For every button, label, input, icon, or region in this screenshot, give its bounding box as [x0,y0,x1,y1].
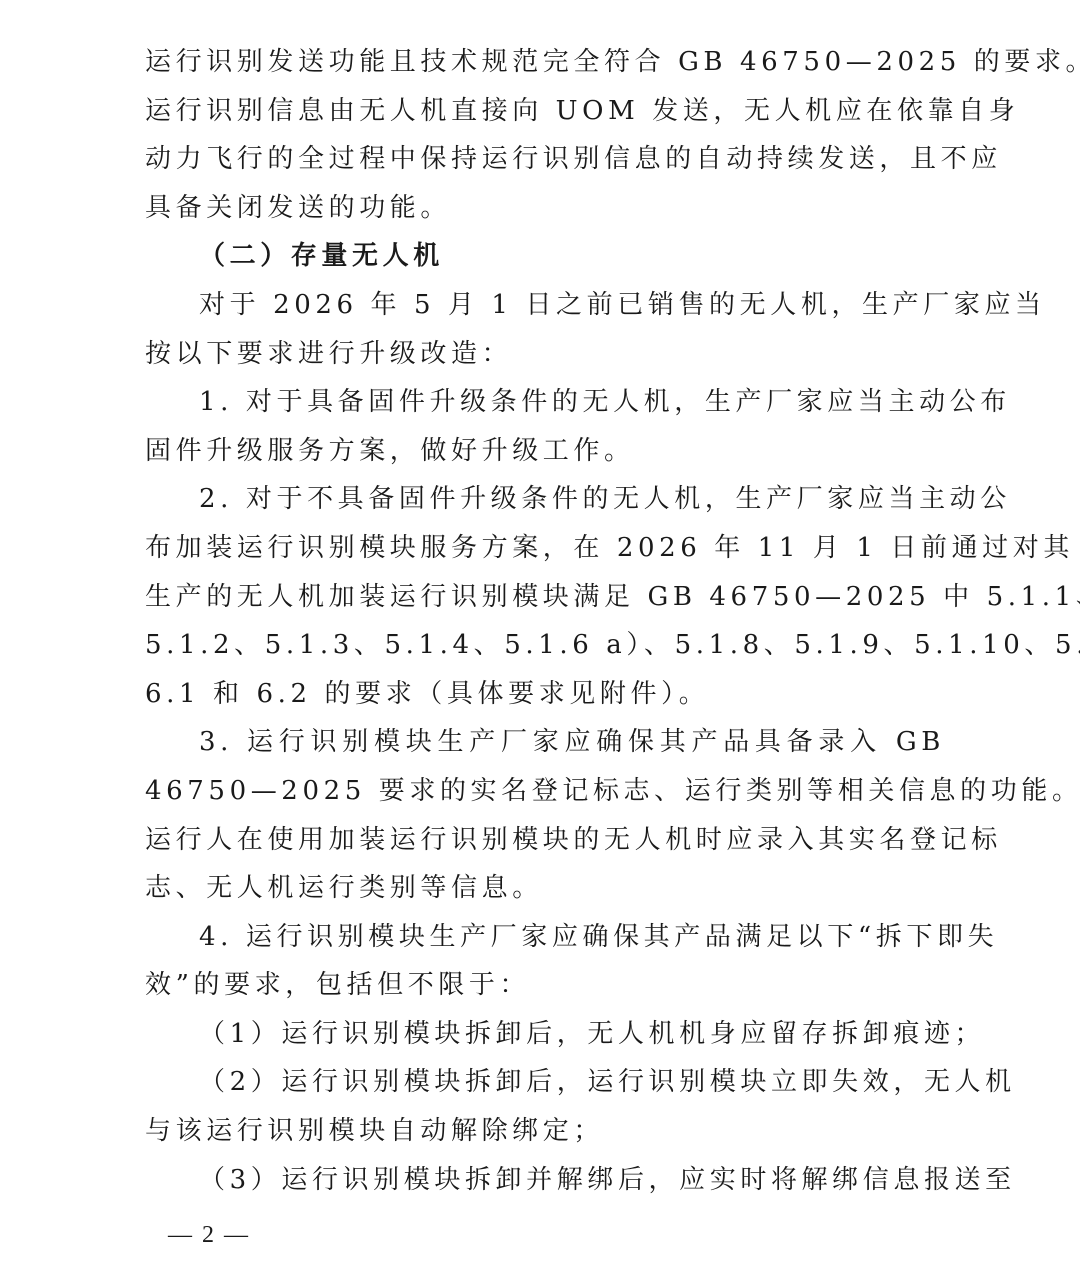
paragraph-line: 5.1.2、5.1.3、5.1.4、5.1.6 a）、5.1.8、5.1.9、5… [145,621,945,670]
list-item-3: 3. 运行识别模块生产厂家应确保其产品具备录入 GB [145,718,945,767]
sub-item-1: （1）运行识别模块拆卸后，无人机机身应留存拆卸痕迹； [145,1010,945,1059]
sub-item-2: （2）运行识别模块拆卸后，运行识别模块立即失效，无人机 [145,1058,945,1107]
list-item-1: 1. 对于具备固件升级条件的无人机，生产厂家应当主动公布 [145,378,945,427]
list-item-4: 4. 运行识别模块生产厂家应确保其产品满足以下“拆下即失 [145,913,945,962]
paragraph-line: 布加装运行识别模块服务方案，在 2026 年 11 月 1 日前通过对其 [145,524,945,573]
paragraph-line: 对于 2026 年 5 月 1 日之前已销售的无人机，生产厂家应当 [145,281,945,330]
paragraph-line: 与该运行识别模块自动解除绑定； [145,1107,945,1156]
paragraph-line: 志、无人机运行类别等信息。 [145,864,945,913]
paragraph-line: 运行识别发送功能且技术规范完全符合 GB 46750—2025 的要求。 [145,38,945,87]
section-heading: （二）存量无人机 [145,232,945,281]
document-page: 运行识别发送功能且技术规范完全符合 GB 46750—2025 的要求。 运行识… [145,38,945,1204]
sub-item-3: （3）运行识别模块拆卸并解绑后，应实时将解绑信息报送至 [145,1156,945,1205]
list-item-2: 2. 对于不具备固件升级条件的无人机，生产厂家应当主动公 [145,475,945,524]
paragraph-line: 46750—2025 要求的实名登记标志、运行类别等相关信息的功能。 [145,767,945,816]
page-number: — 2 — [168,1222,250,1249]
paragraph-line: 按以下要求进行升级改造： [145,330,945,379]
paragraph-line: 固件升级服务方案，做好升级工作。 [145,427,945,476]
paragraph-line: 6.1 和 6.2 的要求（具体要求见附件）。 [145,670,945,719]
paragraph-line: 生产的无人机加装运行识别模块满足 GB 46750—2025 中 5.1.1、 [145,573,945,622]
paragraph-line: 运行人在使用加装运行识别模块的无人机时应录入其实名登记标 [145,816,945,865]
paragraph-line: 动力飞行的全过程中保持运行识别信息的自动持续发送，且不应 [145,135,945,184]
paragraph-line: 效”的要求，包括但不限于： [145,961,945,1010]
paragraph-line: 具备关闭发送的功能。 [145,184,945,233]
paragraph-line: 运行识别信息由无人机直接向 UOM 发送，无人机应在依靠自身 [145,87,945,136]
